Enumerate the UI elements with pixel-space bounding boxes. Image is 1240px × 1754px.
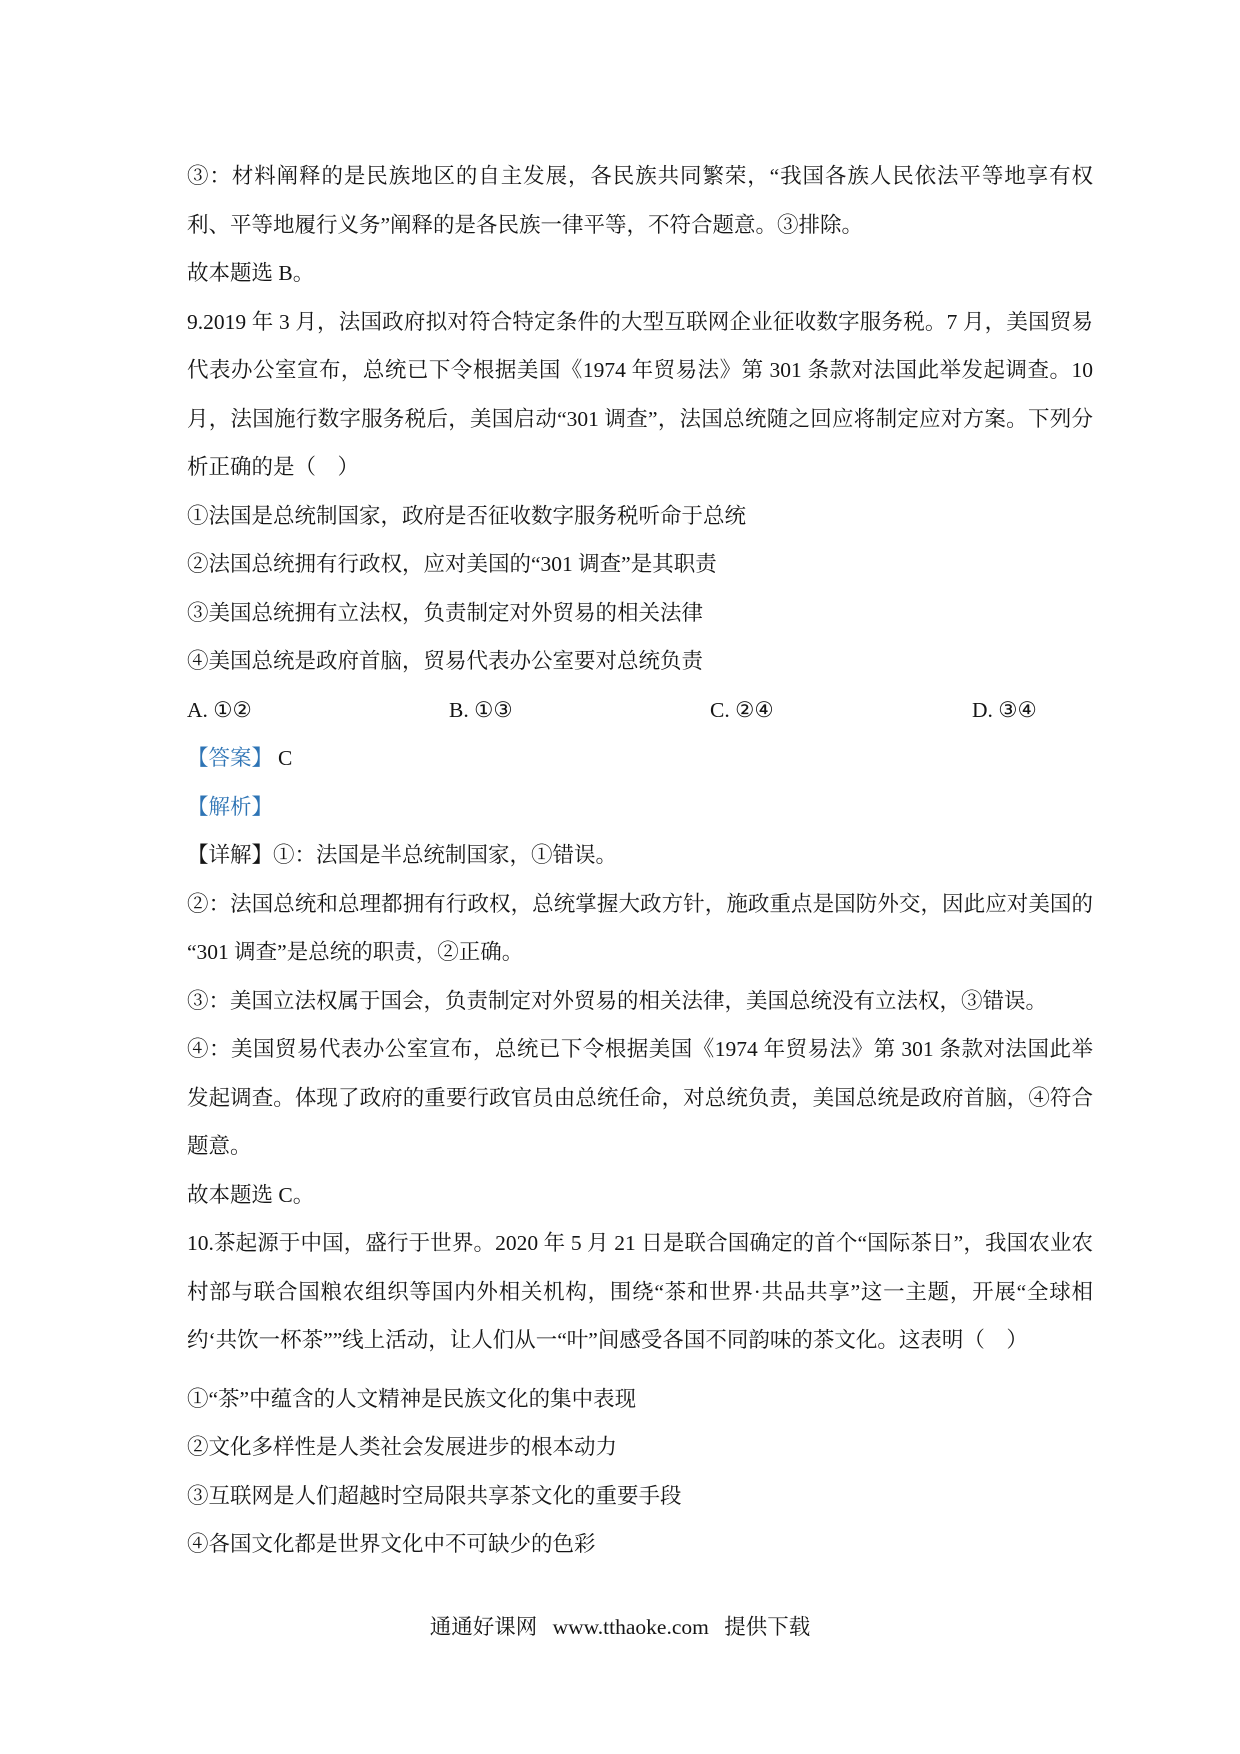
q9-conclusion: 故本题选 C。	[187, 1171, 1093, 1220]
q9-detail-paragraph-4: ④：美国贸易代表办公室宣布，总统已下令根据美国《1974 年贸易法》第 301 …	[187, 1025, 1093, 1171]
question9-statement-4: ④美国总统是政府首脑，贸易代表办公室要对总统负责	[187, 637, 1093, 686]
q8-explanation-point3: ③：材料阐释的是民族地区的自主发展，各民族共同繁荣，“我国各族人民依法平等地享有…	[187, 152, 1093, 249]
q9-detail-paragraph-2: ②：法国总统和总理都拥有行政权，总统掌握大政方针，施政重点是国防外交，因此应对美…	[187, 880, 1093, 977]
q8-conclusion: 故本题选 B。	[187, 249, 1093, 298]
question9-statement-2: ②法国总统拥有行政权，应对美国的“301 调查”是其职责	[187, 540, 1093, 589]
question10-statement-3: ③互联网是人们超越时空局限共享茶文化的重要手段	[187, 1472, 1093, 1521]
question10-statement-4: ④各国文化都是世界文化中不可缺少的色彩	[187, 1520, 1093, 1569]
choice-c: C. ②④	[710, 686, 774, 735]
footer-site-text: 通通好课网 www.tthaoke.com 提供下载	[430, 1615, 810, 1639]
choice-a: A. ①②	[187, 686, 252, 735]
analysis-line: 【解析】	[187, 783, 1093, 832]
q9-detail-paragraph-1: 【详解】①：法国是半总统制国家，①错误。	[187, 831, 1093, 880]
question10-statements: ①“茶”中蕴含的人文精神是民族文化的集中表现 ②文化多样性是人类社会发展进步的根…	[187, 1375, 1093, 1569]
question9-statement-3: ③美国总统拥有立法权，负责制定对外贸易的相关法律	[187, 589, 1093, 638]
question10-stem: 10.茶起源于中国，盛行于世界。2020 年 5 月 21 日是联合国确定的首个…	[187, 1219, 1093, 1365]
q9-detail-paragraph-3: ③：美国立法权属于国会，负责制定对外贸易的相关法律，美国总统没有立法权，③错误。	[187, 977, 1093, 1026]
document-body: ③：材料阐释的是民族地区的自主发展，各民族共同繁荣，“我国各族人民依法平等地享有…	[187, 152, 1093, 1569]
choice-b: B. ①③	[449, 686, 513, 735]
question10-statement-1: ①“茶”中蕴含的人文精神是民族文化的集中表现	[187, 1375, 1093, 1424]
answer-line: 【答案】C	[187, 734, 1093, 783]
question10-statement-2: ②文化多样性是人类社会发展进步的根本动力	[187, 1423, 1093, 1472]
exam-document-page: ③：材料阐释的是民族地区的自主发展，各民族共同繁荣，“我国各族人民依法平等地享有…	[0, 0, 1240, 1754]
question9-choices-row: A. ①② B. ①③ C. ②④ D. ③④	[187, 686, 1093, 735]
choice-d: D. ③④	[972, 686, 1037, 735]
question9-statement-1: ①法国是总统制国家，政府是否征收数字服务税听命于总统	[187, 492, 1093, 541]
answer-value: C	[278, 746, 292, 770]
page-footer: 通通好课网 www.tthaoke.com 提供下载	[0, 1612, 1240, 1642]
answer-label: 【答案】	[187, 746, 273, 770]
analysis-label: 【解析】	[187, 795, 273, 819]
question9-stem: 9.2019 年 3 月，法国政府拟对符合特定条件的大型互联网企业征收数字服务税…	[187, 298, 1093, 492]
